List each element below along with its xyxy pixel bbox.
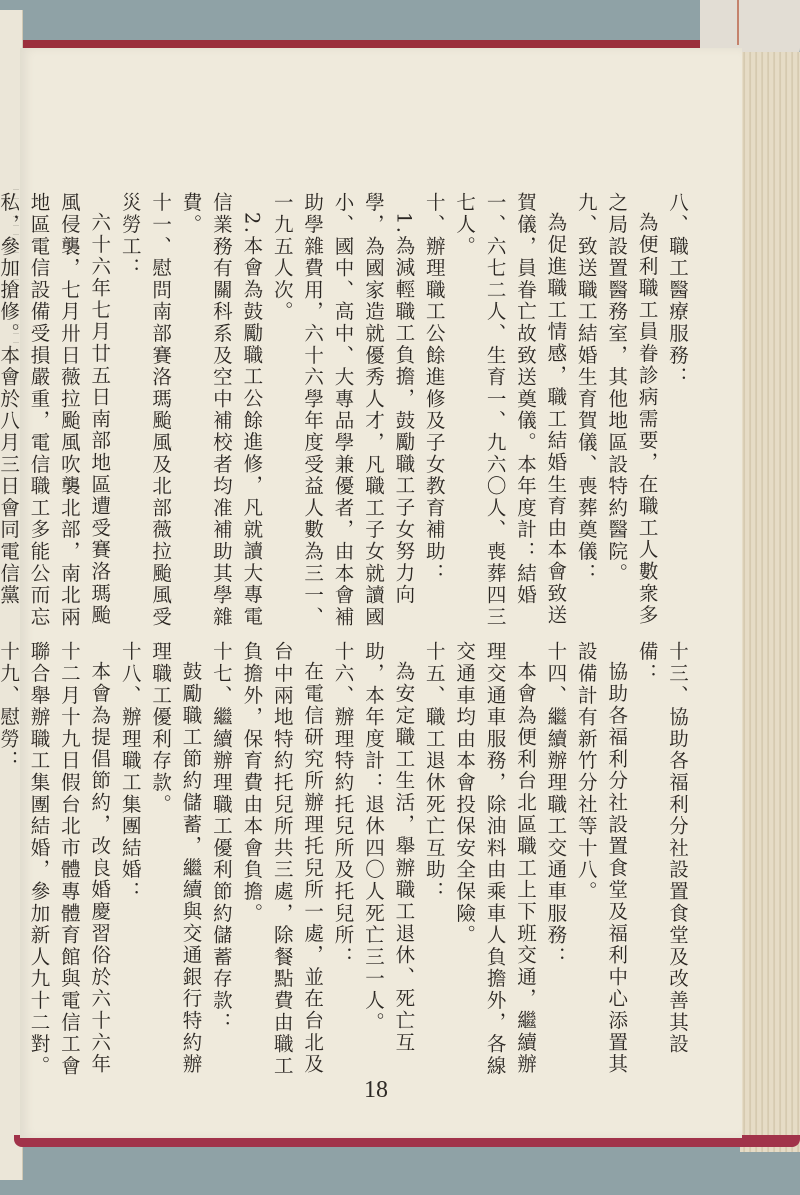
section-heading-11: 十一、慰問南部賽洛瑪颱風及北部薇拉颱風受災勞工： — [114, 192, 175, 632]
section-heading-19: 十九、慰勞： — [0, 641, 23, 1083]
section-body-11: 六十六年七月廿五日南部地區遭受賽洛瑪颱風侵襲，七月卅日薇拉颱風吹襲北部，南北兩地… — [0, 192, 114, 632]
bookmark-line — [737, 0, 739, 45]
section-heading-14: 十四、繼續辦理職工交通車服務： — [540, 641, 570, 1083]
section-body-15: 為安定職工生活，舉辦職工退休、死亡互助，本年度計：退休四〇人死亡三一人。 — [358, 641, 419, 1083]
section-body-9: 為促進職工情感，職工結婚生育由本會致送賀儀，員眷亡故致送奠儀。本年度計：結婚一、… — [449, 192, 571, 632]
section-heading-17: 十七、繼續辦理職工優利節約儲蓄存款： — [206, 641, 236, 1083]
section-heading-8: 八、職工醫療服務： — [662, 192, 692, 632]
section-heading-10: 十、辦理職工公餘進修及子女教育補助： — [418, 192, 448, 632]
section-heading-18: 十八、辦理職工集團結婚： — [114, 641, 144, 1083]
bottom-register: 十三、協助各福利分社設置食堂及改善其設備： 協助各福利分社設置食堂及福利中心添置… — [80, 641, 692, 1083]
section-body-17: 鼓勵職工節約儲蓄，繼續與交通銀行特約辦理職工優利存款。 — [145, 641, 206, 1083]
section-body-10-2: 2.本會為鼓勵職工公餘進修，凡就讀大專電信業務有關科系及空中補校者均准補助其學雜… — [175, 192, 266, 632]
section-body-16: 在電信研究所辦理托兒所一處，並在台北及台中兩地特約托兒所共三處，除餐點費由職工負… — [236, 641, 327, 1083]
section-body-18: 本會為提倡節約，改良婚慶習俗於六十六年十二月十九日假台北市體專體育館與電信工會聯… — [23, 641, 114, 1083]
section-heading-16: 十六、辦理特約托兒所及托兒所： — [327, 641, 357, 1083]
section-heading-15: 十五、職工退休死亡互助： — [418, 641, 448, 1083]
section-body-10-1: 1.為減輕職工負擔，鼓勵職工子女努力向學，為國家造就優秀人才，凡職工子女就讀國小… — [266, 192, 418, 632]
top-register: 八、職工醫療服務： 為便利職工員眷診病需要，在職工人數衆多之局設置醫務室，其他地… — [80, 192, 692, 632]
section-body-13: 協助各福利分社設置食堂及福利中心添置其設備計有新竹分社等十八。 — [570, 641, 631, 1083]
page-number: 18 — [356, 1077, 396, 1104]
section-body-14: 本會為便利台北區職工上下班交通，繼續辦理交通車服務，除油料由乘車人負擔外，各線交… — [449, 641, 540, 1083]
section-heading-9: 九、致送職工結婚生育賀儀、喪葬奠儀： — [570, 192, 600, 632]
section-body-8: 為便利職工員眷診病需要，在職工人數衆多之局設置醫務室，其他地區設特約醫院。 — [601, 192, 662, 632]
section-heading-13: 十三、協助各福利分社設置食堂及改善其設備： — [631, 641, 692, 1083]
page-stack-edges — [740, 52, 800, 1152]
